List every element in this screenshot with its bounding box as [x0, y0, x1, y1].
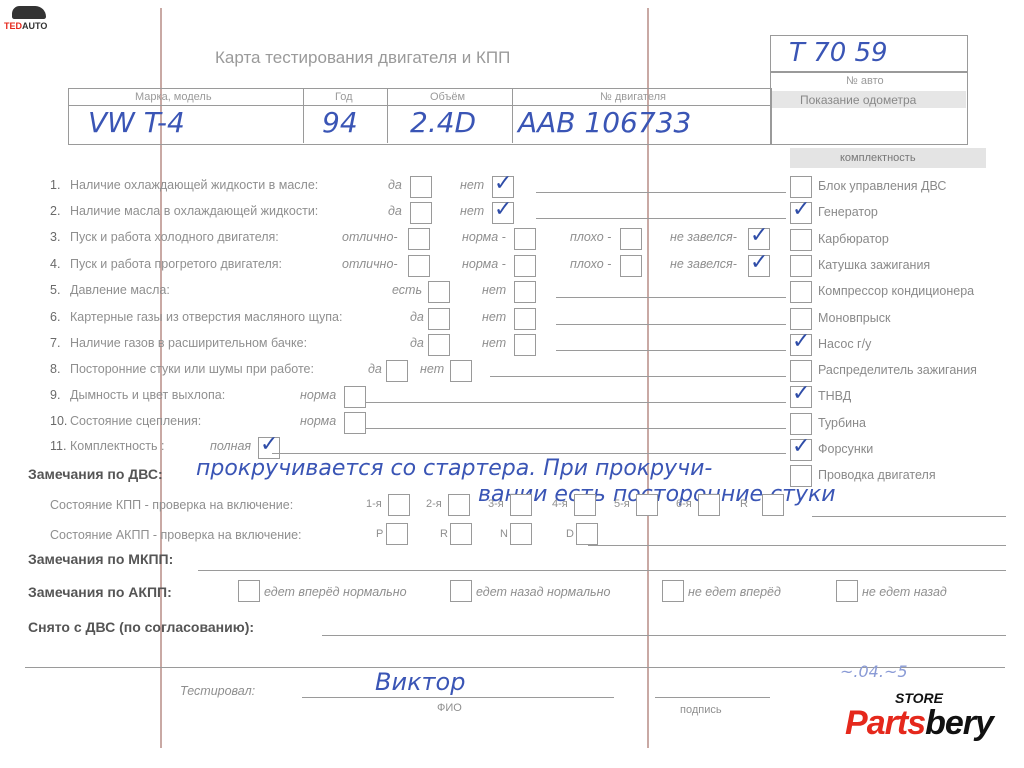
gear-label: P	[376, 528, 383, 540]
partsbery-logo: STORE Partsbery	[834, 690, 1004, 740]
tedauto-logo: TEDAUTO	[4, 6, 56, 31]
make-model-value[interactable]: VW T-4	[88, 106, 185, 139]
option-checkbox[interactable]	[410, 202, 432, 224]
option-checkbox[interactable]: ✓	[492, 176, 514, 198]
option-checkbox[interactable]	[408, 255, 430, 277]
item-number: 5.	[50, 283, 60, 297]
manual-remarks-line[interactable]	[198, 570, 1006, 571]
notes-line[interactable]	[536, 218, 786, 219]
gear-checkbox[interactable]	[388, 494, 410, 516]
completeness-title: комплектность	[840, 152, 916, 164]
make-model-label: Марка, модель	[135, 91, 212, 103]
option-label: не завелся-	[670, 230, 737, 244]
akpp-remark-checkbox[interactable]	[836, 580, 858, 602]
gear-checkbox[interactable]	[698, 494, 720, 516]
completeness-checkbox[interactable]	[790, 255, 812, 277]
checklist-item-label: Наличие газов в расширительном бачке:	[70, 336, 307, 350]
completeness-item-label: Карбюратор	[818, 232, 889, 246]
signature-caption: подпись	[680, 704, 722, 716]
gear-label: 3-я	[488, 498, 504, 510]
option-checkbox[interactable]	[408, 228, 430, 250]
checklist-item-label: Комплектность :	[70, 439, 164, 453]
completeness-item-label: Форсунки	[818, 442, 873, 456]
auto-gearbox-label: Состояние АКПП - проверка на включение:	[50, 528, 302, 542]
gear-checkbox[interactable]	[386, 523, 408, 545]
option-checkbox[interactable]: ✓	[748, 228, 770, 250]
completeness-item-label: Насос г/у	[818, 337, 871, 351]
option-label: нет	[482, 283, 506, 297]
auto-remarks-label: Замечания по АКПП:	[28, 584, 172, 600]
completeness-item-label: Распределитель зажигания	[818, 363, 977, 377]
option-checkbox[interactable]	[410, 176, 432, 198]
tester-name-value[interactable]: Виктор	[375, 668, 465, 696]
notes-line[interactable]	[556, 324, 786, 325]
option-label: нет	[420, 362, 444, 376]
option-checkbox[interactable]	[344, 412, 366, 434]
option-label: полная	[210, 439, 251, 453]
option-label: да	[410, 336, 424, 350]
option-label: да	[368, 362, 382, 376]
gear-checkbox[interactable]	[574, 494, 596, 516]
manual-remarks-label: Замечания по МКПП:	[28, 551, 173, 567]
checkmark-icon: ✓	[792, 383, 810, 405]
item-number: 11.	[50, 439, 66, 453]
notes-line[interactable]	[556, 350, 786, 351]
option-checkbox[interactable]	[428, 308, 450, 330]
option-checkbox[interactable]	[514, 255, 536, 277]
checklist-item-label: Наличие масла в охлаждающей жидкости:	[70, 204, 318, 218]
akpp-remark-checkbox[interactable]	[450, 580, 472, 602]
gear-checkbox[interactable]	[450, 523, 472, 545]
gear-label: 5-я	[614, 498, 630, 510]
removed-label: Снято с ДВС (по согласованию):	[28, 619, 254, 635]
completeness-item-label: Блок управления ДВС	[818, 179, 946, 193]
item-number: 8.	[50, 362, 60, 376]
option-label: норма	[300, 414, 336, 428]
option-checkbox[interactable]	[514, 308, 536, 330]
completeness-checkbox[interactable]	[790, 176, 812, 198]
notes-line[interactable]	[536, 192, 786, 193]
option-label: да	[388, 204, 402, 218]
option-label: плохо -	[570, 257, 611, 271]
engine-number-label: № двигателя	[600, 91, 666, 103]
akpp-remark-label: не едет вперёд	[688, 585, 781, 599]
gear-checkbox[interactable]	[576, 523, 598, 545]
item-number: 1.	[50, 178, 60, 192]
engine-number-value[interactable]: AAB 106733	[518, 106, 691, 139]
completeness-checkbox[interactable]: ✓	[790, 202, 812, 224]
option-checkbox[interactable]	[344, 386, 366, 408]
checkmark-icon: ✓	[494, 199, 512, 221]
option-checkbox[interactable]	[514, 228, 536, 250]
year-value[interactable]: 94	[322, 106, 358, 139]
checklist-item-label: Пуск и работа прогретого двигателя:	[70, 257, 282, 271]
name-caption: ФИО	[437, 702, 462, 714]
option-label: нет	[460, 178, 484, 192]
option-checkbox[interactable]	[428, 334, 450, 356]
gear-checkbox[interactable]	[510, 523, 532, 545]
checkmark-icon: ✓	[792, 436, 810, 458]
removed-line[interactable]	[322, 635, 1006, 636]
gear-label: 1-я	[366, 498, 382, 510]
akpp-remark-label: едет вперёд нормально	[264, 585, 407, 599]
option-label: нет	[460, 204, 484, 218]
option-checkbox[interactable]	[620, 255, 642, 277]
checkmark-icon: ✓	[750, 252, 768, 274]
option-checkbox[interactable]	[514, 281, 536, 303]
completeness-item-label: Генератор	[818, 205, 878, 219]
option-checkbox[interactable]: ✓	[492, 202, 514, 224]
completeness-item-label: Компрессор кондиционера	[818, 284, 974, 298]
option-label: отлично-	[342, 230, 398, 244]
checkmark-icon: ✓	[792, 331, 810, 353]
option-checkbox[interactable]: ✓	[748, 255, 770, 277]
option-checkbox[interactable]	[514, 334, 536, 356]
completeness-checkbox[interactable]: ✓	[790, 386, 812, 408]
car-number-value: T 70 59	[789, 38, 888, 68]
item-number: 9.	[50, 388, 60, 402]
gear-label: R	[740, 498, 748, 510]
checklist-item-label: Состояние сцепления:	[70, 414, 201, 428]
option-label: не завелся-	[670, 257, 737, 271]
option-label: отлично-	[342, 257, 398, 271]
completeness-item-label: Проводка двигателя	[818, 468, 936, 482]
volume-label: Объём	[430, 91, 465, 103]
car-number-label: № авто	[846, 75, 884, 87]
gear-label: D	[566, 528, 574, 540]
option-checkbox[interactable]	[386, 360, 408, 382]
option-label: нет	[482, 310, 506, 324]
completeness-checkbox[interactable]	[790, 308, 812, 330]
volume-value[interactable]: 2.4D	[410, 106, 476, 139]
notes-line[interactable]	[490, 376, 786, 377]
option-label: да	[410, 310, 424, 324]
checklist-item-label: Наличие охлаждающей жидкости в масле:	[70, 178, 318, 192]
notes-line[interactable]	[366, 402, 786, 403]
option-label: норма -	[462, 230, 506, 244]
completeness-item-label: ТНВД	[818, 389, 851, 403]
option-label: плохо -	[570, 230, 611, 244]
option-checkbox[interactable]	[450, 360, 472, 382]
option-checkbox[interactable]	[428, 281, 450, 303]
engine-remarks-line1[interactable]: прокручивается со стартера. При прокручи…	[196, 456, 712, 481]
manual-gearbox-label: Состояние КПП - проверка на включение:	[50, 498, 293, 512]
completeness-checkbox[interactable]: ✓	[790, 439, 812, 461]
date-value: ~.04.~5	[840, 662, 908, 681]
option-label: нет	[482, 336, 506, 350]
akpp-remark-label: не едет назад	[862, 585, 947, 599]
odometer-label: Показание одометра	[800, 93, 916, 107]
completeness-checkbox[interactable]	[790, 413, 812, 435]
item-number: 6.	[50, 310, 60, 324]
option-label: норма	[300, 388, 336, 402]
item-number: 7.	[50, 336, 60, 350]
akpp-remark-checkbox[interactable]	[238, 580, 260, 602]
engine-remarks-label: Замечания по ДВС:	[28, 466, 163, 482]
checklist-item-label: Давление масла:	[70, 283, 170, 297]
gear-label: R	[440, 528, 448, 540]
car-icon	[12, 6, 46, 19]
notes-line[interactable]	[272, 453, 786, 454]
completeness-checkbox[interactable]	[790, 360, 812, 382]
gear-checkbox[interactable]	[510, 494, 532, 516]
completeness-item-label: Моновпрыск	[818, 311, 890, 325]
option-label: да	[388, 178, 402, 192]
gear-checkbox[interactable]	[448, 494, 470, 516]
item-number: 2.	[50, 204, 60, 218]
checkmark-icon: ✓	[494, 173, 512, 195]
tested-by-label: Тестировал:	[180, 684, 255, 698]
option-label: норма -	[462, 257, 506, 271]
item-number: 3.	[50, 230, 60, 244]
year-label: Год	[335, 91, 353, 103]
completeness-item-label: Катушка зажигания	[818, 258, 930, 272]
checkmark-icon: ✓	[750, 225, 768, 247]
option-label: есть	[392, 283, 422, 297]
akpp-remark-checkbox[interactable]	[662, 580, 684, 602]
gear-label: N	[500, 528, 508, 540]
gear-label: 6-я	[676, 498, 692, 510]
item-number: 4.	[50, 257, 60, 271]
notes-line[interactable]	[556, 297, 786, 298]
form-title: Карта тестирования двигателя и КПП	[215, 48, 510, 68]
checklist-item-label: Картерные газы из отверстия масляного щу…	[70, 310, 342, 324]
completeness-item-label: Турбина	[818, 416, 866, 430]
checklist-item-label: Дымность и цвет выхлопа:	[70, 388, 225, 402]
akpp-remark-label: едет назад нормально	[476, 585, 610, 599]
car-number-field[interactable]: T 70 59	[770, 35, 968, 73]
checkmark-icon: ✓	[792, 199, 810, 221]
gear-checkbox[interactable]	[762, 494, 784, 516]
option-checkbox[interactable]	[620, 228, 642, 250]
gear-checkbox[interactable]	[636, 494, 658, 516]
tedauto-text: TEDAUTO	[4, 21, 56, 31]
checklist-item-label: Пуск и работа холодного двигателя:	[70, 230, 279, 244]
gear-label: 4-я	[552, 498, 568, 510]
completeness-checkbox[interactable]: ✓	[790, 334, 812, 356]
notes-line[interactable]	[366, 428, 786, 429]
completeness-checkbox[interactable]	[790, 229, 812, 251]
item-number: 10.	[50, 414, 67, 428]
checklist-item-label: Посторонние стуки или шумы при работе:	[70, 362, 314, 376]
gear-label: 2-я	[426, 498, 442, 510]
completeness-checkbox[interactable]	[790, 281, 812, 303]
